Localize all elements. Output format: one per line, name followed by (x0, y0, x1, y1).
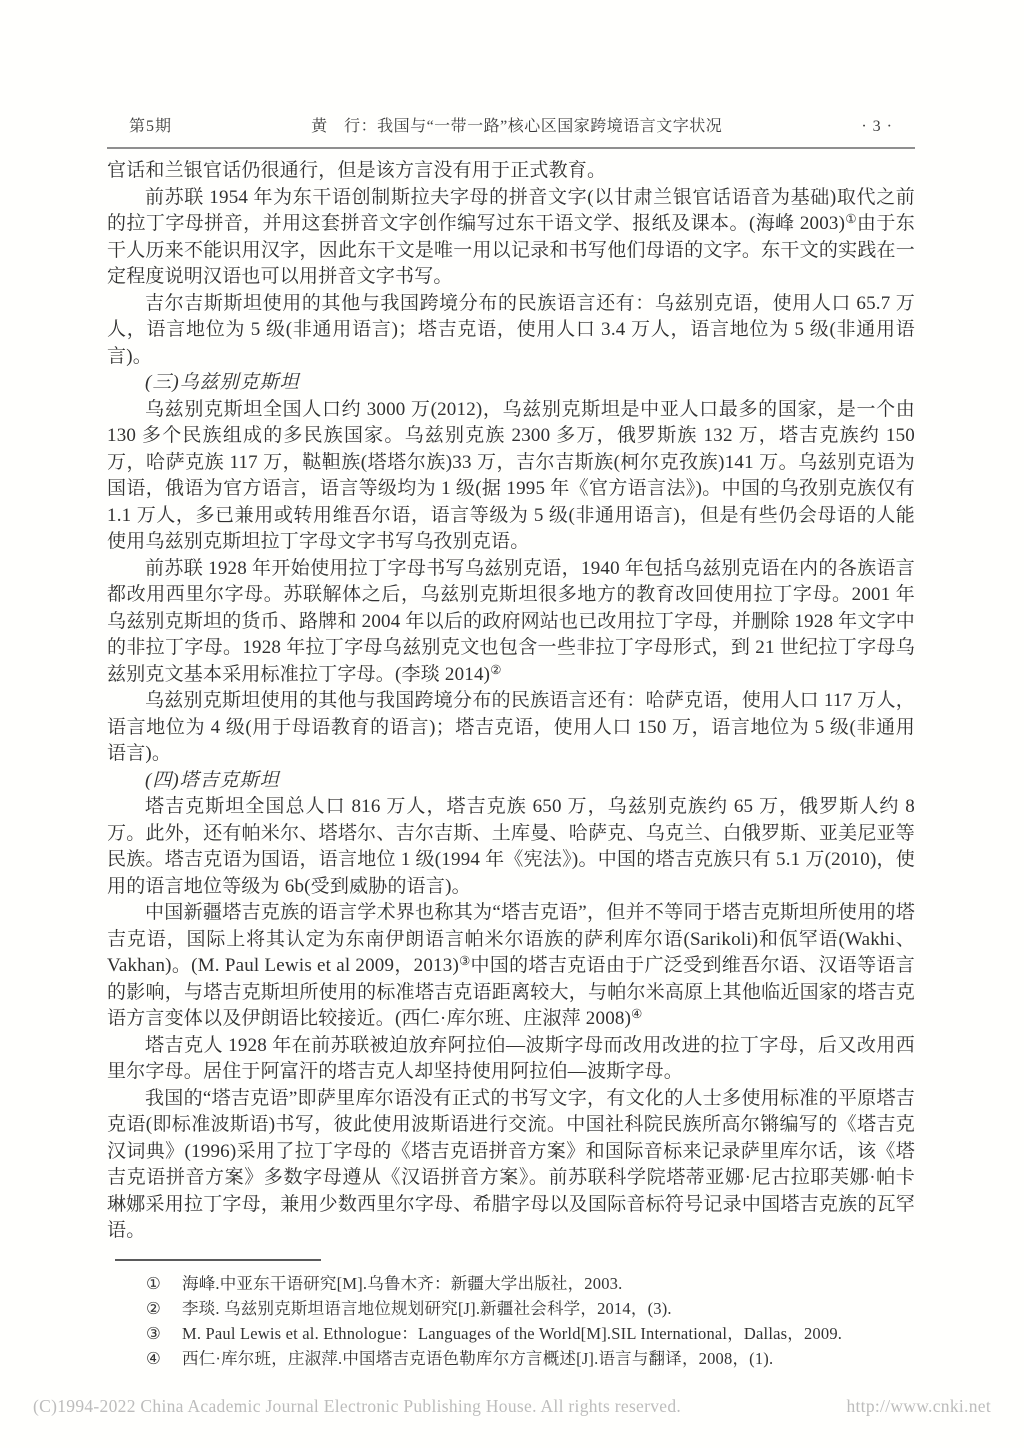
footnote-item: ①海峰.中亚东干语研究[M].乌鲁木齐：新疆大学出版社，2003. (107, 1271, 915, 1296)
section-heading: (三)乌兹别克斯坦 (107, 370, 915, 397)
paragraph-text: 塔吉克斯坦全国总人口 816 万人，塔吉克族 650 万，乌兹别克族约 65 万… (107, 796, 915, 897)
section-heading: (四)塔吉克斯坦 (107, 768, 915, 795)
footnote-marker: ④ (146, 1346, 182, 1371)
footnote-item: ③M. Paul Lewis et al. Ethnologue：Languag… (107, 1321, 915, 1346)
page-header: 第5期 黄 行：我国与“一带一路”核心区国家跨境语言文字状况 · 3 · (107, 113, 915, 136)
paragraph: 塔吉克人 1928 年在前苏联被迫放弃阿拉伯—波斯字母而改用改进的拉丁字母，后又… (107, 1033, 915, 1086)
running-title: 黄 行：我国与“一带一路”核心区国家跨境语言文字状况 (172, 113, 861, 136)
paragraph-text: 塔吉克人 1928 年在前苏联被迫放弃阿拉伯—波斯字母而改用改进的拉丁字母，后又… (107, 1035, 915, 1083)
paragraph: 吉尔吉斯斯坦使用的其他与我国跨境分布的民族语言还有：乌兹别克语，使用人口 65.… (107, 291, 915, 371)
paragraph: 中国新疆塔吉克族的语言学术界也称其为“塔吉克语”，但并不等同于塔吉克斯坦所使用的… (107, 900, 915, 1033)
article-body: 官话和兰银官话仍很通行，但是该方言没有用于正式教育。前苏联 1954 年为东干语… (107, 158, 915, 1245)
footnote-separator (115, 1259, 321, 1261)
paragraph-text: (三)乌兹别克斯坦 (145, 372, 300, 393)
footnote-item: ②李琰. 乌兹别克斯坦语言地位规划研究[J].新疆社会科学，2014，(3). (107, 1296, 915, 1321)
header-rule (107, 147, 915, 149)
page-content: 第5期 黄 行：我国与“一带一路”核心区国家跨境语言文字状况 · 3 · 官话和… (107, 113, 915, 1371)
paragraph: 乌兹别克斯坦使用的其他与我国跨境分布的民族语言还有：哈萨克语，使用人口 117 … (107, 688, 915, 768)
cnki-url: http://www.cnki.net (846, 1396, 991, 1417)
footnote-marker: ③ (146, 1321, 182, 1346)
page-number: · 3 · (861, 118, 893, 136)
paragraph: 我国的“塔吉克语”即萨里库尔语没有正式的书写文字，有文化的人士多使用标准的平原塔… (107, 1086, 915, 1245)
footnote-text: 海峰.中亚东干语研究[M].乌鲁木齐：新疆大学出版社，2003. (182, 1271, 915, 1296)
paragraph: 塔吉克斯坦全国总人口 816 万人，塔吉克族 650 万，乌兹别克族约 65 万… (107, 794, 915, 900)
issue-number: 第5期 (129, 113, 172, 136)
paragraph-text: 吉尔吉斯斯坦使用的其他与我国跨境分布的民族语言还有：乌兹别克语，使用人口 65.… (107, 293, 915, 367)
footnote-marker: ② (146, 1296, 182, 1321)
footnote-ref: ④ (631, 1007, 642, 1021)
footnote-list: ①海峰.中亚东干语研究[M].乌鲁木齐：新疆大学出版社，2003.②李琰. 乌兹… (107, 1271, 915, 1371)
footnote-text: 西仁·库尔班，庄淑萍.中国塔吉克语色勒库尔方言概述[J].语言与翻译，2008，… (182, 1346, 915, 1371)
paragraph: 前苏联 1954 年为东干语创制斯拉夫字母的拼音文字(以甘肃兰银官话语音为基础)… (107, 185, 915, 291)
paragraph-text: 乌兹别克斯坦全国人口约 3000 万(2012)，乌兹别克斯坦是中亚人口最多的国… (107, 399, 915, 553)
footnote-ref: ② (490, 663, 501, 677)
paragraph-text: 前苏联 1954 年为东干语创制斯拉夫字母的拼音文字(以甘肃兰银官话语音为基础)… (107, 187, 915, 235)
footnote-item: ④西仁·库尔班，庄淑萍.中国塔吉克语色勒库尔方言概述[J].语言与翻译，2008… (107, 1346, 915, 1371)
footnote-text: 李琰. 乌兹别克斯坦语言地位规划研究[J].新疆社会科学，2014，(3). (182, 1296, 915, 1321)
paragraph-text: (四)塔吉克斯坦 (145, 770, 280, 791)
paragraph: 官话和兰银官话仍很通行，但是该方言没有用于正式教育。 (107, 158, 915, 185)
footnote-marker: ① (146, 1271, 182, 1296)
footnote-text: M. Paul Lewis et al. Ethnologue：Language… (182, 1321, 915, 1346)
footnote-ref: ① (845, 212, 857, 226)
paragraph: 前苏联 1928 年开始使用拉丁字母书写乌兹别克语，1940 年包括乌兹别克语在… (107, 556, 915, 689)
paragraph-text: 前苏联 1928 年开始使用拉丁字母书写乌兹别克语，1940 年包括乌兹别克语在… (107, 558, 915, 685)
footnote-ref: ③ (459, 954, 470, 968)
journal-page: 第5期 黄 行：我国与“一带一路”核心区国家跨境语言文字状况 · 3 · 官话和… (0, 0, 1024, 1448)
paragraph-text: 我国的“塔吉克语”即萨里库尔语没有正式的书写文字，有文化的人士多使用标准的平原塔… (107, 1088, 915, 1242)
page-footer: (C)1994-2022 China Academic Journal Elec… (33, 1396, 991, 1417)
paragraph-text: 乌兹别克斯坦使用的其他与我国跨境分布的民族语言还有：哈萨克语，使用人口 117 … (107, 690, 915, 764)
paragraph: 乌兹别克斯坦全国人口约 3000 万(2012)，乌兹别克斯坦是中亚人口最多的国… (107, 397, 915, 556)
paragraph-text: 官话和兰银官话仍很通行，但是该方言没有用于正式教育。 (107, 160, 606, 181)
copyright-notice: (C)1994-2022 China Academic Journal Elec… (33, 1396, 681, 1417)
